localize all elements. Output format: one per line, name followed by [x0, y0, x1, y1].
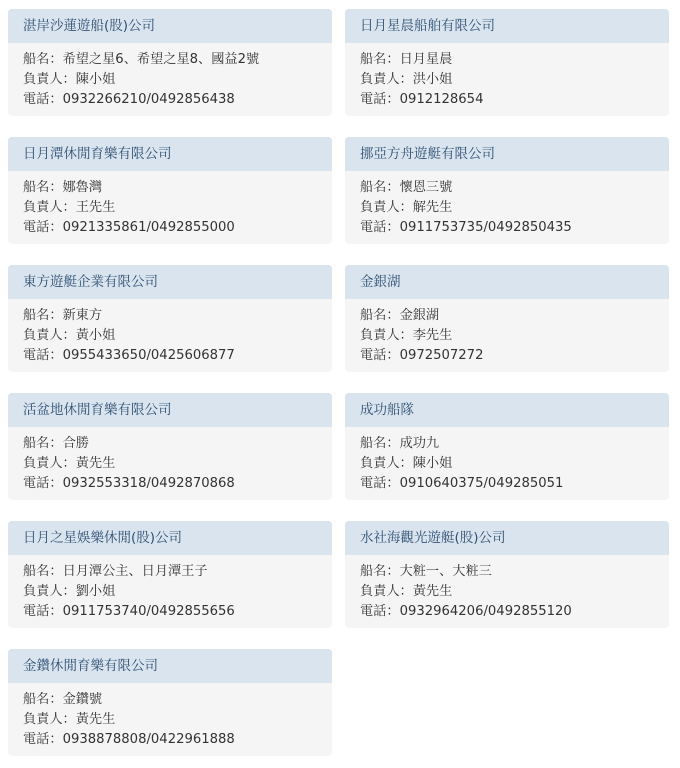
- contact-value: 陳小姐: [413, 456, 453, 471]
- contact-row: 負責人：解先生: [360, 198, 654, 218]
- contact-value: 劉小姐: [76, 584, 116, 599]
- phone-value: 0911753740/0492855656: [63, 604, 235, 619]
- company-details: 船名：日月星晨 負責人：洪小姐 電話：0912128654: [345, 43, 669, 110]
- phone-value: 0932553318/0492870868: [63, 476, 235, 491]
- ship-label: 船名：: [23, 308, 63, 323]
- contact-row: 負責人：陳小姐: [23, 70, 317, 90]
- company-name: 金銀湖: [345, 265, 669, 299]
- company-details: 船名：金鑽號 負責人：黃先生 電話：0938878808/0422961888: [8, 683, 332, 750]
- company-card-grid: 湛岸沙蓮遊船(股)公司 船名：希望之星6、希望之星8、國益2號 負責人：陳小姐 …: [0, 0, 680, 756]
- company-details: 船名：合勝 負責人：黃先生 電話：0932553318/0492870868: [8, 427, 332, 494]
- phone-label: 電話：: [23, 220, 63, 235]
- company-name: 東方遊艇企業有限公司: [8, 265, 332, 299]
- contact-value: 李先生: [413, 328, 453, 343]
- ship-row: 船名：懷恩三號: [360, 178, 654, 198]
- contact-label: 負責人：: [360, 200, 413, 215]
- company-details: 船名：希望之星6、希望之星8、國益2號 負責人：陳小姐 電話：093226621…: [8, 43, 332, 110]
- phone-value: 0972507272: [400, 348, 484, 363]
- company-card: 活盆地休閒育樂有限公司 船名：合勝 負責人：黃先生 電話：0932553318/…: [8, 393, 332, 500]
- phone-label: 電話：: [23, 604, 63, 619]
- ship-value: 金鑽號: [63, 692, 103, 707]
- company-card: 東方遊艇企業有限公司 船名：新東方 負責人：黃小姐 電話：0955433650/…: [8, 265, 332, 372]
- company-name: 水社海觀光遊艇(股)公司: [345, 521, 669, 555]
- phone-row: 電話：0932553318/0492870868: [23, 474, 317, 494]
- company-card: 金銀湖 船名：金銀湖 負責人：李先生 電話：0972507272: [345, 265, 669, 372]
- contact-row: 負責人：王先生: [23, 198, 317, 218]
- phone-label: 電話：: [23, 732, 63, 747]
- contact-value: 陳小姐: [76, 72, 116, 87]
- company-details: 船名：成功九 負責人：陳小姐 電話：0910640375/049285051: [345, 427, 669, 494]
- ship-value: 希望之星6、希望之星8、國益2號: [63, 52, 260, 67]
- ship-label: 船名：: [23, 180, 63, 195]
- ship-value: 金銀湖: [400, 308, 440, 323]
- ship-label: 船名：: [23, 564, 63, 579]
- ship-value: 日月潭公主、日月潭王子: [63, 564, 208, 579]
- ship-value: 合勝: [63, 436, 89, 451]
- ship-row: 船名：新東方: [23, 306, 317, 326]
- contact-row: 負責人：黃先生: [23, 710, 317, 730]
- phone-row: 電話：0910640375/049285051: [360, 474, 654, 494]
- contact-label: 負責人：: [23, 200, 76, 215]
- contact-value: 黃先生: [76, 456, 116, 471]
- contact-row: 負責人：黃先生: [360, 582, 654, 602]
- ship-row: 船名：金鑽號: [23, 690, 317, 710]
- ship-label: 船名：: [360, 180, 400, 195]
- company-details: 船名：金銀湖 負責人：李先生 電話：0972507272: [345, 299, 669, 366]
- ship-row: 船名：日月星晨: [360, 50, 654, 70]
- ship-label: 船名：: [360, 564, 400, 579]
- ship-row: 船名：成功九: [360, 434, 654, 454]
- contact-row: 負責人：黃先生: [23, 454, 317, 474]
- company-card: 水社海觀光遊艇(股)公司 船名：大粧一、大粧三 負責人：黃先生 電話：09329…: [345, 521, 669, 628]
- phone-row: 電話：0921335861/0492855000: [23, 218, 317, 238]
- contact-value: 洪小姐: [413, 72, 453, 87]
- company-details: 船名：新東方 負責人：黃小姐 電話：0955433650/0425606877: [8, 299, 332, 366]
- company-name: 金鑽休閒育樂有限公司: [8, 649, 332, 683]
- company-name: 湛岸沙蓮遊船(股)公司: [8, 9, 332, 43]
- contact-row: 負責人：劉小姐: [23, 582, 317, 602]
- company-details: 船名：懷恩三號 負責人：解先生 電話：0911753735/0492850435: [345, 171, 669, 238]
- phone-label: 電話：: [23, 348, 63, 363]
- contact-label: 負責人：: [360, 328, 413, 343]
- phone-row: 電話：0955433650/0425606877: [23, 346, 317, 366]
- ship-label: 船名：: [360, 436, 400, 451]
- ship-value: 成功九: [400, 436, 440, 451]
- company-card: 成功船隊 船名：成功九 負責人：陳小姐 電話：0910640375/049285…: [345, 393, 669, 500]
- ship-label: 船名：: [360, 308, 400, 323]
- ship-label: 船名：: [23, 52, 63, 67]
- company-card: 湛岸沙蓮遊船(股)公司 船名：希望之星6、希望之星8、國益2號 負責人：陳小姐 …: [8, 9, 332, 116]
- ship-value: 新東方: [63, 308, 103, 323]
- company-details: 船名：娜魯灣 負責人：王先生 電話：0921335861/0492855000: [8, 171, 332, 238]
- ship-value: 日月星晨: [400, 52, 453, 67]
- contact-value: 解先生: [413, 200, 453, 215]
- company-card: 挪亞方舟遊艇有限公司 船名：懷恩三號 負責人：解先生 電話：0911753735…: [345, 137, 669, 244]
- ship-row: 船名：合勝: [23, 434, 317, 454]
- phone-label: 電話：: [360, 348, 400, 363]
- ship-row: 船名：大粧一、大粧三: [360, 562, 654, 582]
- phone-value: 0911753735/0492850435: [400, 220, 572, 235]
- ship-row: 船名：金銀湖: [360, 306, 654, 326]
- ship-row: 船名：娜魯灣: [23, 178, 317, 198]
- contact-row: 負責人：黃小姐: [23, 326, 317, 346]
- ship-value: 大粧一、大粧三: [400, 564, 492, 579]
- company-name: 日月星晨船舶有限公司: [345, 9, 669, 43]
- company-card: 日月星晨船舶有限公司 船名：日月星晨 負責人：洪小姐 電話：0912128654: [345, 9, 669, 116]
- contact-label: 負責人：: [23, 584, 76, 599]
- contact-value: 王先生: [76, 200, 116, 215]
- phone-value: 0932964206/0492855120: [400, 604, 572, 619]
- phone-row: 電話：0911753740/0492855656: [23, 602, 317, 622]
- contact-label: 負責人：: [23, 456, 76, 471]
- phone-value: 0955433650/0425606877: [63, 348, 235, 363]
- ship-row: 船名：日月潭公主、日月潭王子: [23, 562, 317, 582]
- contact-label: 負責人：: [23, 72, 76, 87]
- company-card: 金鑽休閒育樂有限公司 船名：金鑽號 負責人：黃先生 電話：0938878808/…: [8, 649, 332, 756]
- company-name: 日月潭休閒育樂有限公司: [8, 137, 332, 171]
- contact-row: 負責人：洪小姐: [360, 70, 654, 90]
- ship-label: 船名：: [23, 436, 63, 451]
- phone-row: 電話：0932266210/0492856438: [23, 90, 317, 110]
- phone-row: 電話：0938878808/0422961888: [23, 730, 317, 750]
- company-details: 船名：日月潭公主、日月潭王子 負責人：劉小姐 電話：0911753740/049…: [8, 555, 332, 622]
- phone-value: 0912128654: [400, 92, 484, 107]
- contact-value: 黃小姐: [76, 328, 116, 343]
- phone-label: 電話：: [23, 476, 63, 491]
- phone-label: 電話：: [360, 476, 400, 491]
- phone-row: 電話：0932964206/0492855120: [360, 602, 654, 622]
- company-card: 日月潭休閒育樂有限公司 船名：娜魯灣 負責人：王先生 電話：0921335861…: [8, 137, 332, 244]
- contact-row: 負責人：李先生: [360, 326, 654, 346]
- phone-label: 電話：: [360, 220, 400, 235]
- phone-row: 電話：0972507272: [360, 346, 654, 366]
- ship-row: 船名：希望之星6、希望之星8、國益2號: [23, 50, 317, 70]
- phone-value: 0921335861/0492855000: [63, 220, 235, 235]
- contact-value: 黃先生: [76, 712, 116, 727]
- contact-label: 負責人：: [23, 712, 76, 727]
- contact-row: 負責人：陳小姐: [360, 454, 654, 474]
- company-name: 活盆地休閒育樂有限公司: [8, 393, 332, 427]
- contact-label: 負責人：: [23, 328, 76, 343]
- phone-value: 0910640375/049285051: [400, 476, 564, 491]
- company-name: 日月之星娛樂休閒(股)公司: [8, 521, 332, 555]
- phone-label: 電話：: [23, 92, 63, 107]
- ship-label: 船名：: [23, 692, 63, 707]
- phone-value: 0932266210/0492856438: [63, 92, 235, 107]
- phone-row: 電話：0912128654: [360, 90, 654, 110]
- phone-label: 電話：: [360, 604, 400, 619]
- company-name: 挪亞方舟遊艇有限公司: [345, 137, 669, 171]
- phone-row: 電話：0911753735/0492850435: [360, 218, 654, 238]
- company-card: 日月之星娛樂休閒(股)公司 船名：日月潭公主、日月潭王子 負責人：劉小姐 電話：…: [8, 521, 332, 628]
- phone-value: 0938878808/0422961888: [63, 732, 235, 747]
- contact-label: 負責人：: [360, 456, 413, 471]
- ship-value: 懷恩三號: [400, 180, 453, 195]
- contact-label: 負責人：: [360, 72, 413, 87]
- ship-value: 娜魯灣: [63, 180, 103, 195]
- company-details: 船名：大粧一、大粧三 負責人：黃先生 電話：0932964206/0492855…: [345, 555, 669, 622]
- contact-value: 黃先生: [413, 584, 453, 599]
- ship-label: 船名：: [360, 52, 400, 67]
- phone-label: 電話：: [360, 92, 400, 107]
- company-name: 成功船隊: [345, 393, 669, 427]
- contact-label: 負責人：: [360, 584, 413, 599]
